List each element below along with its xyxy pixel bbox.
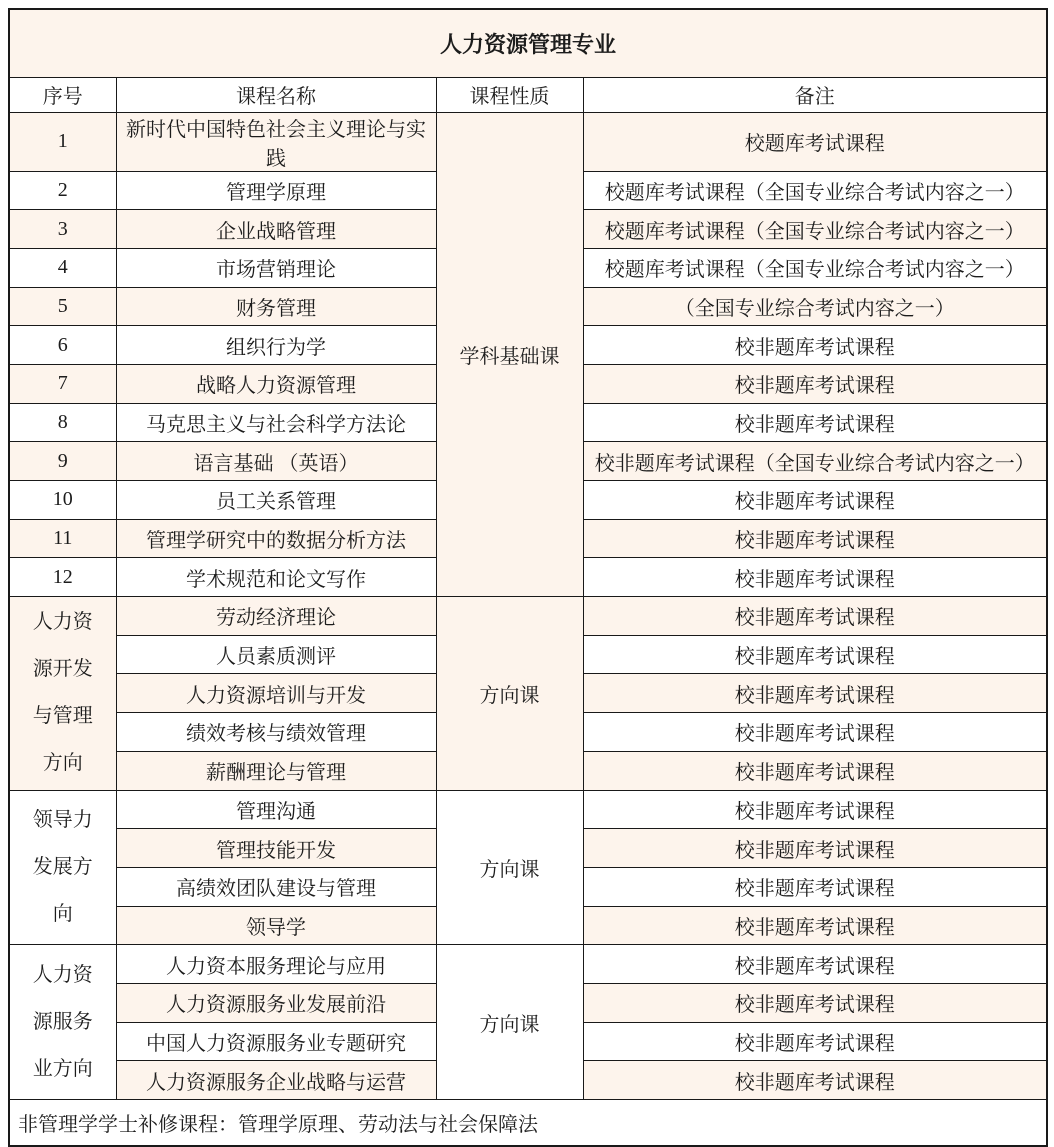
- cell-remark: 校非题库考试课程: [583, 1022, 1047, 1061]
- column-header-remark: 备注: [583, 77, 1047, 112]
- cell-remark: 校非题库考试课程: [583, 867, 1047, 906]
- cell-remark: 校非题库考试课程: [583, 635, 1047, 674]
- cell-group-leadership: 领导力发展方向: [9, 790, 116, 945]
- cell-remark: 校非题库考试课程: [583, 713, 1047, 752]
- cell-remark: 校非题库考试课程: [583, 983, 1047, 1022]
- cell-course: 企业战略管理: [116, 210, 436, 249]
- cell-remark: 校非题库考试课程: [583, 597, 1047, 636]
- cell-course: 人员素质测评: [116, 635, 436, 674]
- cell-remark: 校非题库考试课程（全国专业综合考试内容之一）: [583, 442, 1047, 481]
- cell-course: 员工关系管理: [116, 481, 436, 520]
- cell-remark: 校非题库考试课程: [583, 403, 1047, 442]
- table-row: 领导力发展方向 管理沟通 方向课 校非题库考试课程: [9, 790, 1047, 829]
- cell-group-hr-development: 人力资源开发与管理方向: [9, 597, 116, 790]
- table-header-row: 序号 课程名称 课程性质 备注: [9, 77, 1047, 112]
- table-row: 人力资源服务业方向 人力资本服务理论与应用 方向课 校非题库考试课程: [9, 945, 1047, 984]
- cell-nature-direction-2: 方向课: [436, 790, 583, 945]
- cell-course: 管理技能开发: [116, 829, 436, 868]
- cell-no: 7: [9, 364, 116, 403]
- cell-remark: 校非题库考试课程: [583, 790, 1047, 829]
- cell-course: 马克思主义与社会科学方法论: [116, 403, 436, 442]
- cell-course: 领导学: [116, 906, 436, 945]
- cell-course: 市场营销理论: [116, 248, 436, 287]
- cell-remark: 校非题库考试课程: [583, 1061, 1047, 1100]
- cell-no: 8: [9, 403, 116, 442]
- cell-remark: 校非题库考试课程: [583, 326, 1047, 365]
- cell-no: 12: [9, 558, 116, 597]
- page-title: 人力资源管理专业: [9, 9, 1047, 77]
- cell-course: 薪酬理论与管理: [116, 751, 436, 790]
- cell-remark: 校非题库考试课程: [583, 751, 1047, 790]
- cell-remark: （全国专业综合考试内容之一）: [583, 287, 1047, 326]
- cell-nature-basic: 学科基础课: [436, 112, 583, 597]
- cell-course: 高绩效团队建设与管理: [116, 867, 436, 906]
- cell-course: 管理学原理: [116, 171, 436, 210]
- cell-remark: 校题库考试课程（全国专业综合考试内容之一）: [583, 248, 1047, 287]
- cell-no: 2: [9, 171, 116, 210]
- cell-course: 人力资源培训与开发: [116, 674, 436, 713]
- cell-remark: 校非题库考试课程: [583, 906, 1047, 945]
- cell-course: 人力资源服务企业战略与运营: [116, 1061, 436, 1100]
- cell-no: 4: [9, 248, 116, 287]
- cell-course: 组织行为学: [116, 326, 436, 365]
- footer-note: 非管理学学士补修课程：管理学原理、劳动法与社会保障法: [9, 1100, 1047, 1146]
- cell-course: 语言基础 （英语）: [116, 442, 436, 481]
- cell-course: 劳动经济理论: [116, 597, 436, 636]
- cell-remark: 校题库考试课程（全国专业综合考试内容之一）: [583, 171, 1047, 210]
- table-row: 人力资源开发与管理方向 劳动经济理论 方向课 校非题库考试课程: [9, 597, 1047, 636]
- column-header-nature: 课程性质: [436, 77, 583, 112]
- cell-no: 6: [9, 326, 116, 365]
- column-header-course: 课程名称: [116, 77, 436, 112]
- cell-course: 人力资源服务业发展前沿: [116, 983, 436, 1022]
- cell-nature-direction-3: 方向课: [436, 945, 583, 1100]
- column-header-no: 序号: [9, 77, 116, 112]
- cell-nature-direction-1: 方向课: [436, 597, 583, 790]
- cell-no: 3: [9, 210, 116, 249]
- cell-course: 新时代中国特色社会主义理论与实践: [116, 112, 436, 171]
- table-title-row: 人力资源管理专业: [9, 9, 1047, 77]
- cell-no: 11: [9, 519, 116, 558]
- cell-remark: 校非题库考试课程: [583, 674, 1047, 713]
- course-table: 人力资源管理专业 序号 课程名称 课程性质 备注 1 新时代中国特色社会主义理论…: [8, 8, 1048, 1147]
- cell-no: 1: [9, 112, 116, 171]
- cell-remark: 校非题库考试课程: [583, 481, 1047, 520]
- cell-remark: 校题库考试课程: [583, 112, 1047, 171]
- cell-remark: 校非题库考试课程: [583, 558, 1047, 597]
- cell-course: 战略人力资源管理: [116, 364, 436, 403]
- cell-course: 中国人力资源服务业专题研究: [116, 1022, 436, 1061]
- cell-course: 人力资本服务理论与应用: [116, 945, 436, 984]
- cell-remark: 校非题库考试课程: [583, 829, 1047, 868]
- cell-remark: 校非题库考试课程: [583, 945, 1047, 984]
- cell-course: 学术规范和论文写作: [116, 558, 436, 597]
- table-row: 1 新时代中国特色社会主义理论与实践 学科基础课 校题库考试课程: [9, 112, 1047, 171]
- cell-group-hr-services: 人力资源服务业方向: [9, 945, 116, 1100]
- cell-remark: 校非题库考试课程: [583, 364, 1047, 403]
- cell-remark: 校非题库考试课程: [583, 519, 1047, 558]
- cell-course: 绩效考核与绩效管理: [116, 713, 436, 752]
- cell-course: 管理沟通: [116, 790, 436, 829]
- cell-remark: 校题库考试课程（全国专业综合考试内容之一）: [583, 210, 1047, 249]
- cell-no: 5: [9, 287, 116, 326]
- cell-no: 9: [9, 442, 116, 481]
- cell-course: 管理学研究中的数据分析方法: [116, 519, 436, 558]
- cell-no: 10: [9, 481, 116, 520]
- table-footer-row: 非管理学学士补修课程：管理学原理、劳动法与社会保障法: [9, 1100, 1047, 1146]
- cell-course: 财务管理: [116, 287, 436, 326]
